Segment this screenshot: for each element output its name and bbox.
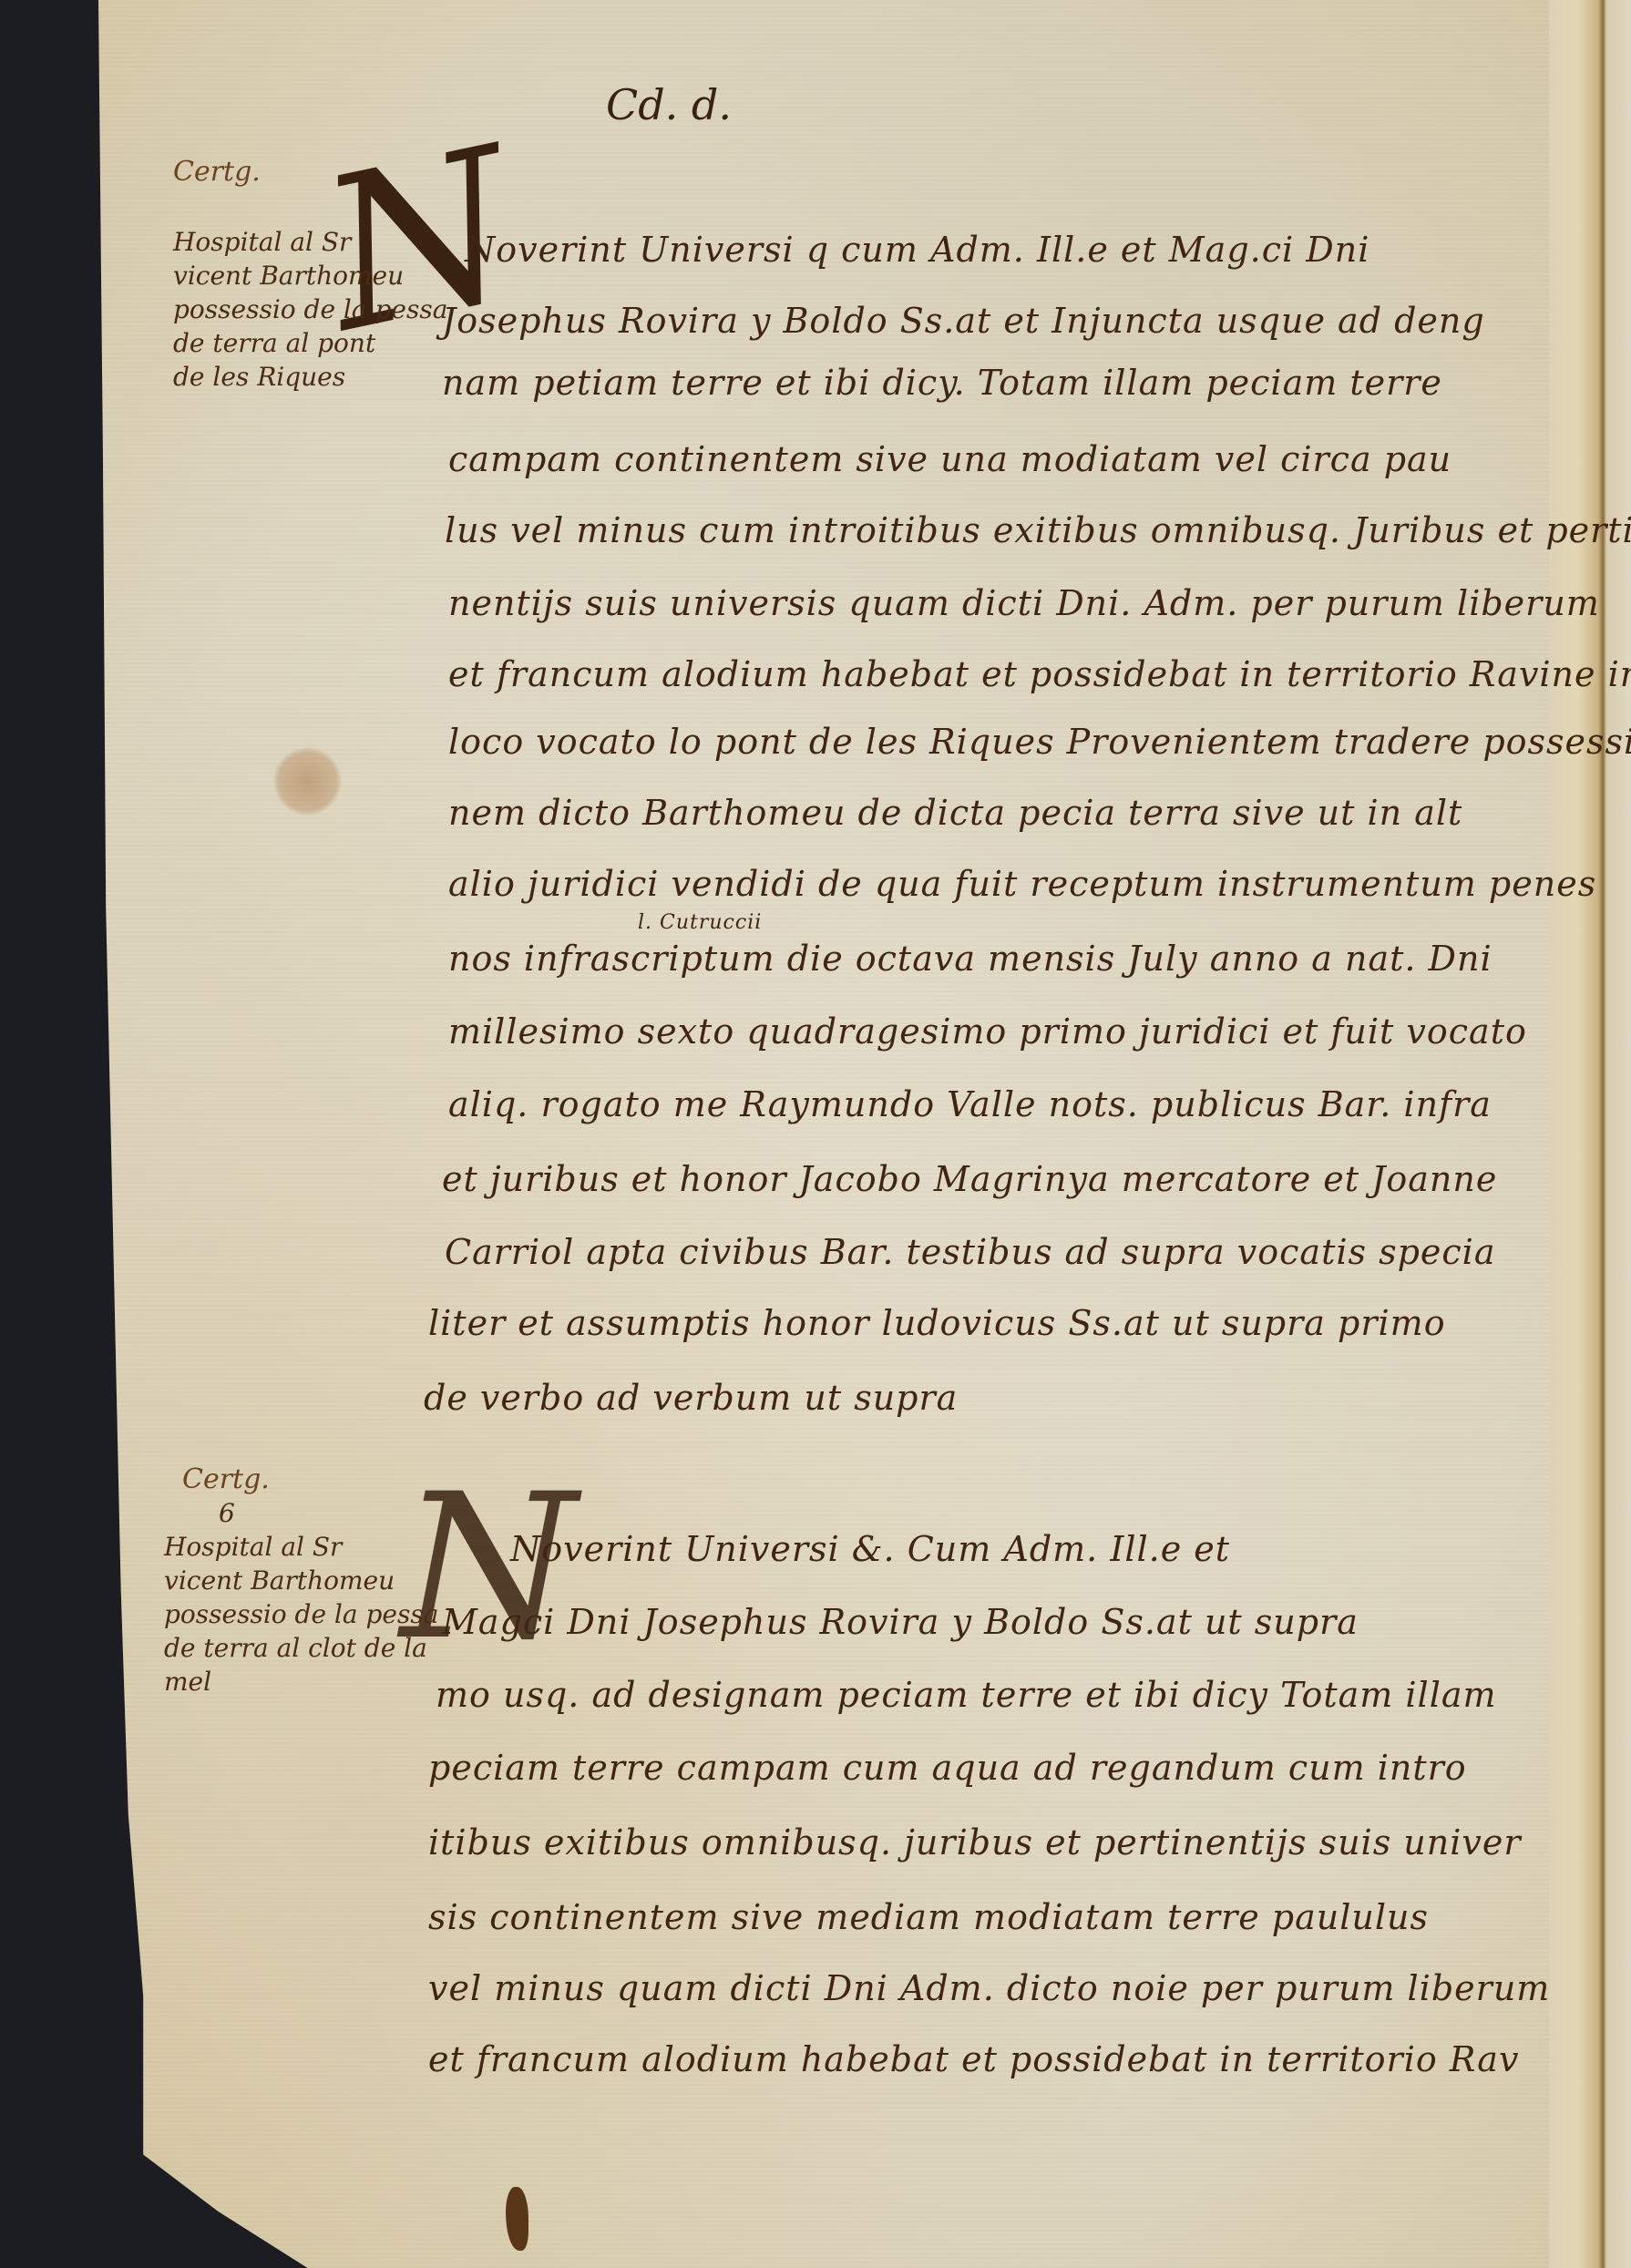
margin-line: vicent Barthomeu xyxy=(173,259,447,292)
text-line: nentijs suis universis quam dicti Dni. A… xyxy=(448,583,1600,623)
text-line: nam petiam terre et ibi dicy. Totam illa… xyxy=(442,363,1442,403)
margin-line: de terra al pont xyxy=(173,326,447,360)
folio-mark: Cd. d. xyxy=(606,80,732,129)
text-line: nos infrascriptum die octava mensis July… xyxy=(448,939,1493,979)
text-line: mo usq. ad designam peciam terre et ibi … xyxy=(436,1675,1497,1715)
margin-heading: Certg. xyxy=(182,1462,438,1496)
margin-line: Hospital al Sr xyxy=(164,1530,438,1564)
margin-line: Hospital al Sr xyxy=(173,225,447,259)
text-line: et francum alodium habebat et possidebat… xyxy=(448,654,1631,694)
margin-line: possessio de la pessa xyxy=(173,292,447,326)
text-line: et francum alodium habebat et possidebat… xyxy=(428,2039,1519,2079)
margin-line: vicent Barthomeu xyxy=(164,1564,438,1597)
text-line: de verbo ad verbum ut supra xyxy=(424,1378,958,1418)
text-line: Josephus Rovira y Boldo Ss.at et Injunct… xyxy=(442,301,1485,341)
margin-note-2: Certg. 6 Hospital al Sr vicent Barthomeu… xyxy=(164,1462,438,1698)
text-line: Carriol apta civibus Bar. testibus ad su… xyxy=(445,1232,1496,1272)
margin-line: mel xyxy=(164,1665,438,1698)
text-line: Noverint Universi q cum Adm. Ill.e et Ma… xyxy=(465,230,1369,270)
text-line: nem dicto Barthomeu de dicta pecia terra… xyxy=(448,793,1462,833)
text-line: aliq. rogato me Raymundo Valle nots. pub… xyxy=(448,1084,1492,1124)
margin-line: de terra al clot de la xyxy=(164,1631,438,1665)
margin-line: de les Riques xyxy=(173,360,447,394)
margin-note-1: Certg. Hospital al Sr vicent Barthomeu p… xyxy=(173,155,447,394)
water-stain xyxy=(273,747,342,816)
text-line: alio juridici vendidi de qua fuit recept… xyxy=(448,864,1596,904)
text-line: campam continentem sive una modiatam vel… xyxy=(448,439,1451,479)
text-line: Noverint Universi &. Cum Adm. Ill.e et xyxy=(510,1529,1230,1569)
margin-heading: Certg. xyxy=(173,155,447,189)
text-line: millesimo sexto quadragesimo primo jurid… xyxy=(448,1011,1527,1052)
text-line: Magci Dni Josephus Rovira y Boldo Ss.at … xyxy=(442,1602,1359,1642)
text-line: itibus exitibus omnibusq. juribus et per… xyxy=(428,1822,1522,1863)
text-line: peciam terre campam cum aqua ad regandum… xyxy=(428,1748,1467,1788)
text-line: lus vel minus cum introitibus exitibus o… xyxy=(445,510,1631,550)
interlinear-note: l. Cutruccii xyxy=(638,911,762,934)
text-line: et juribus et honor Jacobo Magrinya merc… xyxy=(442,1159,1497,1199)
text-line: sis continentem sive mediam modiatam ter… xyxy=(428,1897,1429,1937)
text-line: loco vocato lo pont de les Riques Proven… xyxy=(448,722,1631,762)
book-gutter xyxy=(1549,0,1631,2268)
margin-line: possessio de la pessa xyxy=(164,1597,438,1631)
text-line: liter et assumptis honor ludovicus Ss.at… xyxy=(428,1303,1446,1343)
text-line: vel minus quam dicti Dni Adm. dicto noie… xyxy=(428,1968,1550,2008)
margin-number: 6 xyxy=(219,1496,438,1530)
